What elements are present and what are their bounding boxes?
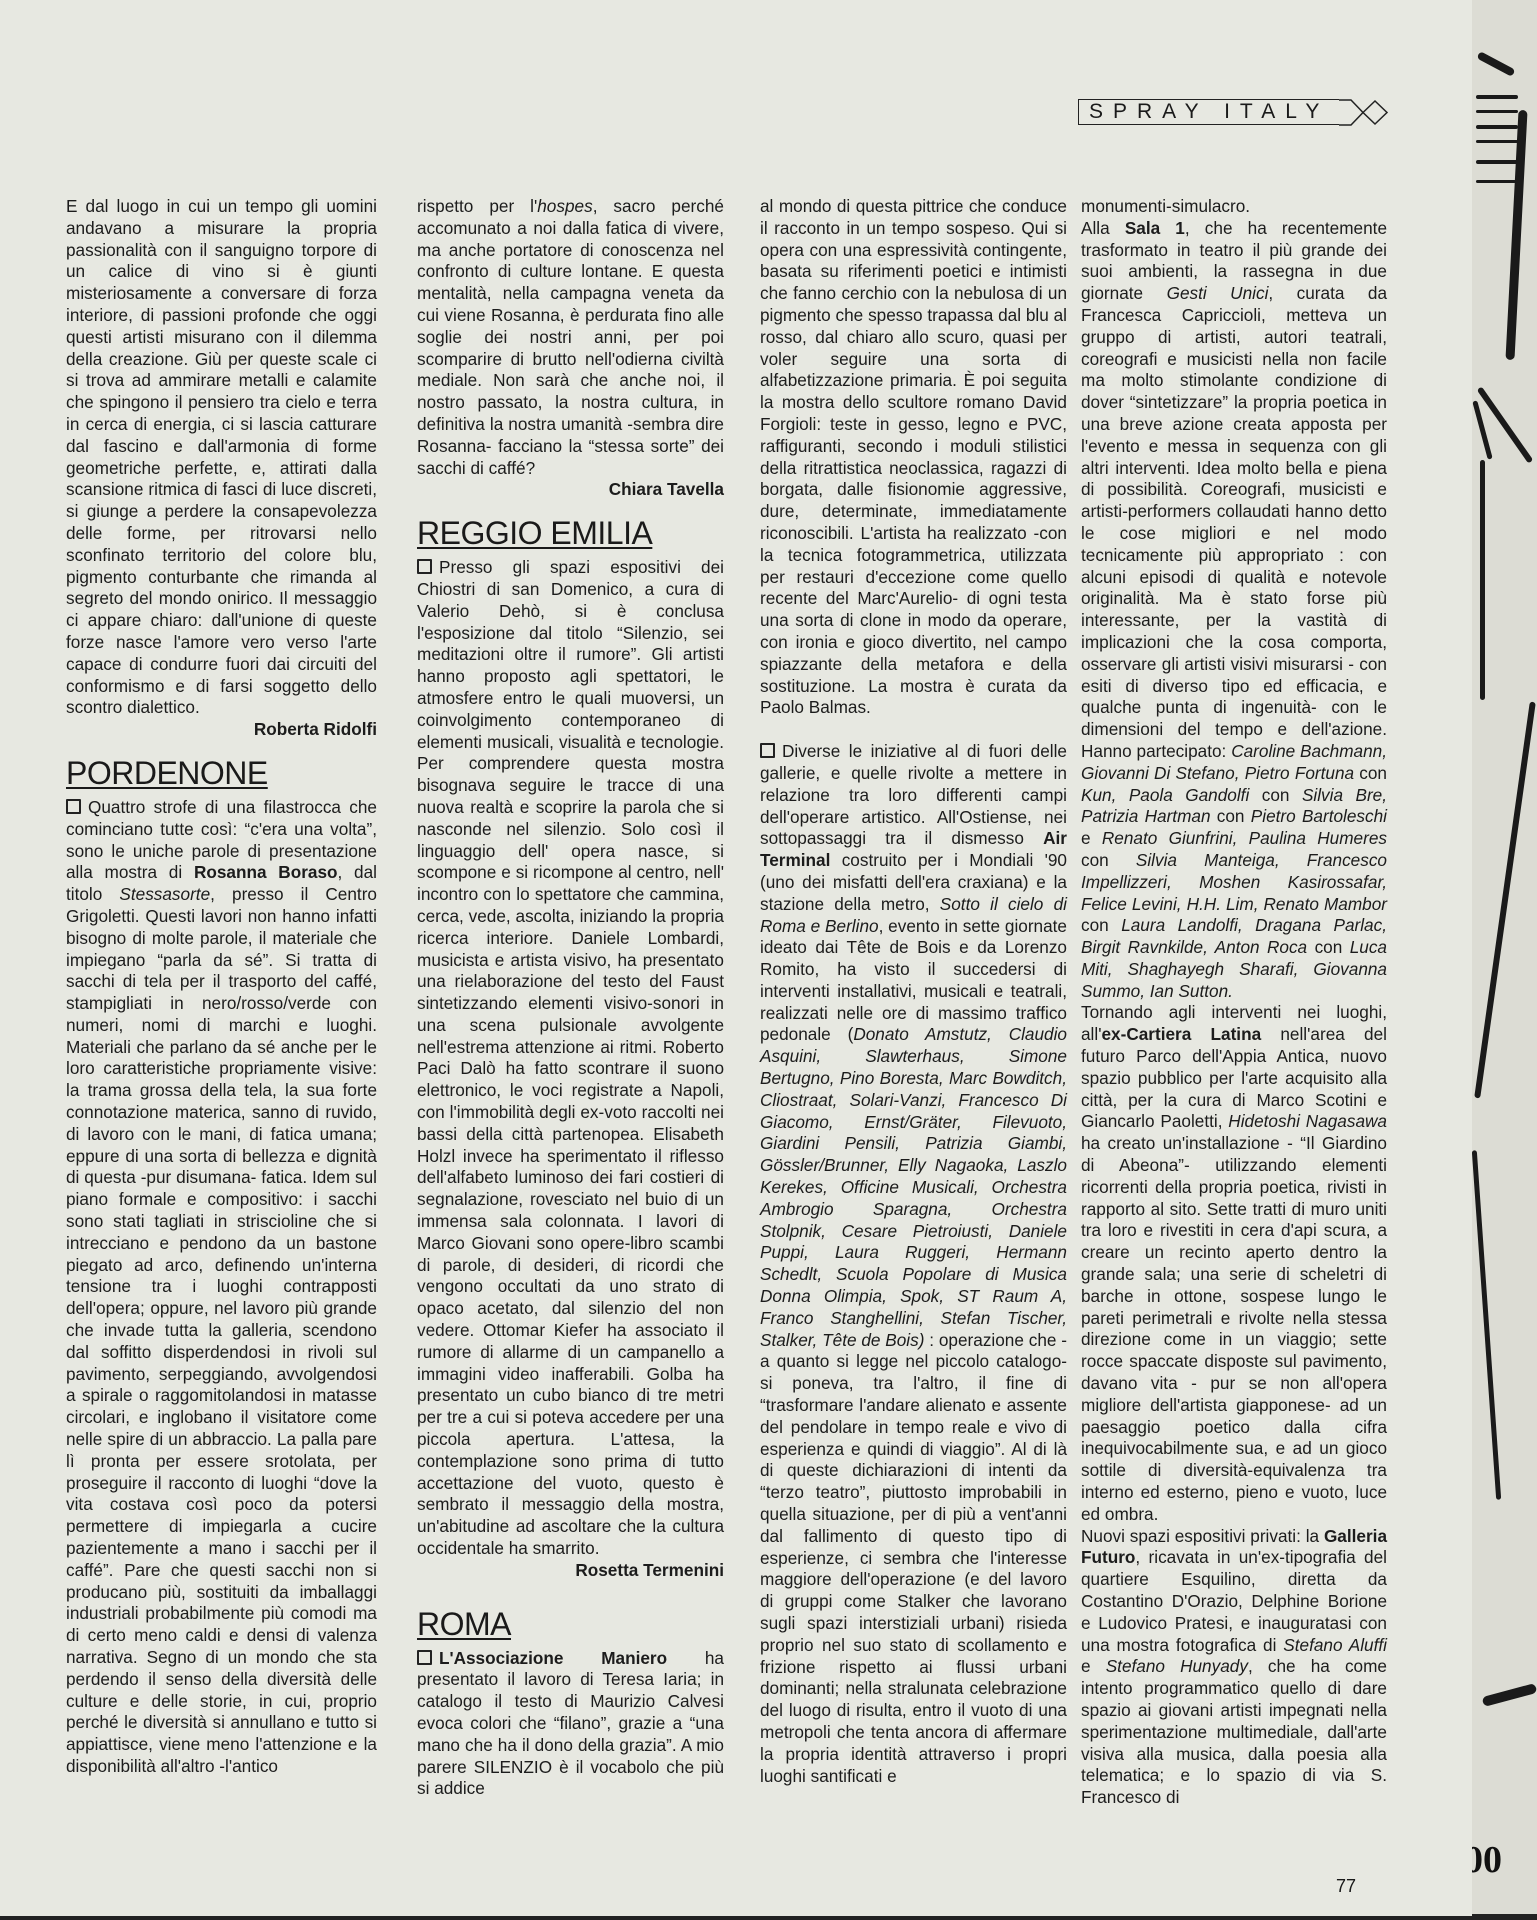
- exhibition-title: Stessasorte: [119, 884, 210, 904]
- artist-name: Rosanna Boraso: [194, 862, 338, 882]
- column-1: E dal luogo in cui un tempo gli uomini a…: [66, 196, 377, 1778]
- section-heading-pordenone: PORDENONE: [66, 755, 377, 791]
- article-paragraph: Alla Sala 1, che ha recentemente trasfor…: [1081, 218, 1387, 1003]
- section-heading-reggio-emilia: REGGIO EMILIA: [417, 515, 724, 551]
- diamond-arrow-icon: [1339, 99, 1389, 126]
- brush-stroke-decoration: [1476, 160, 1518, 164]
- page-number: 77: [1336, 1876, 1356, 1897]
- section-tag-label: SPRAY ITALY: [1078, 99, 1339, 125]
- article-paragraph: Quattro strofe di una filastrocca che co…: [66, 797, 377, 1778]
- brush-stroke-decoration: [1474, 702, 1536, 1099]
- article-paragraph: Tornando agli interventi nei luoghi, all…: [1081, 1002, 1387, 1525]
- square-bullet-icon: [66, 799, 81, 814]
- square-bullet-icon: [417, 559, 432, 574]
- square-bullet-icon: [417, 1650, 432, 1665]
- article-paragraph: Nuovi spazi espositivi privati: la Galle…: [1081, 1526, 1387, 1809]
- article-paragraph: monumenti-simulacro.: [1081, 196, 1387, 218]
- square-bullet-icon: [760, 743, 775, 758]
- author-signature: Rosetta Termenini: [417, 1560, 724, 1582]
- article-paragraph: Presso gli spazi espositivi dei Chiostri…: [417, 557, 724, 1560]
- adjacent-page-edge: 00: [1472, 0, 1537, 1920]
- article-paragraph: L'Associazione Maniero ha presentato il …: [417, 1648, 724, 1801]
- brush-stroke-decoration: [1480, 460, 1485, 700]
- brush-stroke-decoration: [1476, 51, 1515, 77]
- brush-stroke-decoration: [1476, 125, 1518, 129]
- author-signature: Chiara Tavella: [417, 479, 724, 501]
- article-paragraph: rispetto per l'hospes, sacro perché acco…: [417, 196, 724, 479]
- brush-stroke-decoration: [1476, 110, 1518, 113]
- column-3: al mondo di questa pittrice che conduce …: [760, 196, 1067, 1787]
- brush-stroke-decoration: [1476, 180, 1516, 183]
- section-heading-roma: ROMA: [417, 1606, 724, 1642]
- brush-stroke-decoration: [1476, 95, 1518, 99]
- brush-stroke-decoration: [1505, 110, 1527, 360]
- magazine-page: SPRAY ITALY E dal luogo in cui un tempo …: [0, 0, 1472, 1920]
- participant-list: Donato Amstutz, Claudio Asquini, Slawter…: [760, 1024, 1067, 1349]
- page-bottom-edge: [0, 1916, 1472, 1920]
- brush-stroke-decoration: [1476, 140, 1518, 143]
- brush-stroke-decoration: [1482, 1683, 1537, 1707]
- column-4: monumenti-simulacro. Alla Sala 1, che ha…: [1081, 196, 1387, 1809]
- participant-list: Caroline Bachmann, Giovanni Di Stefano, …: [1081, 741, 1387, 1001]
- article-paragraph: Diverse le iniziative al di fuori delle …: [760, 741, 1067, 1787]
- author-signature: Roberta Ridolfi: [66, 719, 377, 741]
- brush-stroke-decoration: [1472, 1150, 1501, 1499]
- section-tag: SPRAY ITALY: [1078, 99, 1389, 125]
- adjacent-page-number: 00: [1472, 1838, 1502, 1882]
- column-2: rispetto per l'hospes, sacro perché acco…: [417, 196, 724, 1800]
- article-paragraph: E dal luogo in cui un tempo gli uomini a…: [66, 196, 377, 719]
- article-paragraph: al mondo di questa pittrice che conduce …: [760, 196, 1067, 719]
